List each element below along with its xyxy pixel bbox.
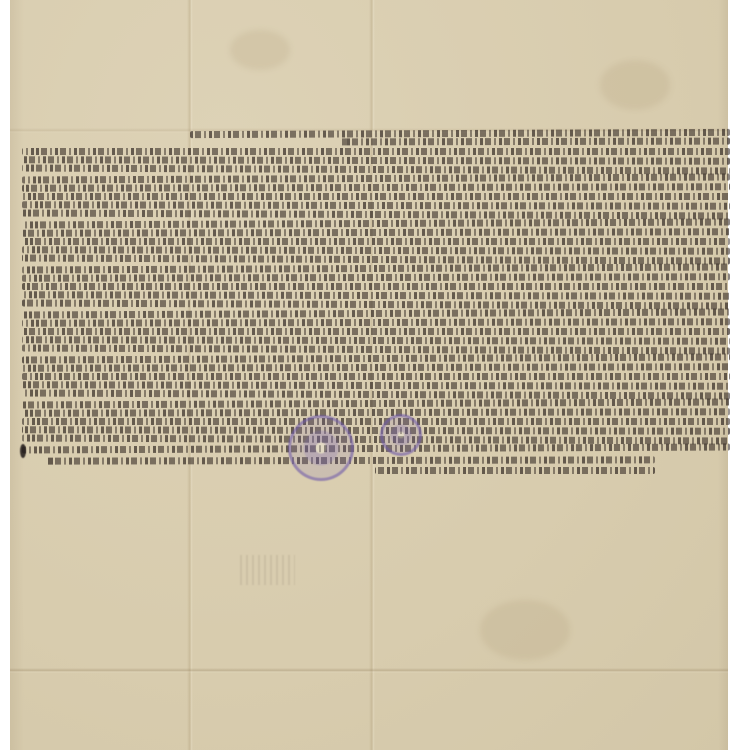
manuscript-line xyxy=(22,183,730,191)
manuscript-line xyxy=(22,354,730,364)
manuscript-line xyxy=(22,318,730,326)
purple-seal-stamp-small: seal-small xyxy=(380,414,422,456)
manuscript-line xyxy=(22,408,730,416)
manuscript-line xyxy=(22,291,730,299)
manuscript-line xyxy=(22,373,730,380)
paper-stain xyxy=(480,600,570,660)
manuscript-line xyxy=(22,418,730,425)
manuscript-text-block xyxy=(22,122,730,502)
faint-pencil-marks xyxy=(240,555,295,585)
ink-blot-mark xyxy=(20,444,26,458)
manuscript-line xyxy=(22,201,730,209)
manuscript-line xyxy=(22,174,730,184)
manuscript-line xyxy=(22,381,730,389)
manuscript-line xyxy=(22,219,730,229)
manuscript-line xyxy=(22,193,730,200)
manuscript-line xyxy=(22,328,730,335)
purple-seal-stamp-large: seal-large xyxy=(288,415,354,481)
manuscript-line xyxy=(22,238,730,245)
manuscript-line xyxy=(22,246,730,254)
manuscript-line xyxy=(22,444,730,454)
manuscript-line xyxy=(22,336,730,344)
manuscript-line xyxy=(22,426,730,434)
manuscript-line xyxy=(22,363,730,371)
paper-stain xyxy=(230,30,290,70)
manuscript-line xyxy=(22,148,730,155)
paper-stain xyxy=(600,60,670,110)
manuscript-line xyxy=(22,283,730,290)
manuscript-line xyxy=(375,467,655,474)
manuscript-line xyxy=(22,156,730,164)
manuscript-line xyxy=(22,228,730,236)
manuscript-line xyxy=(340,138,730,146)
manuscript-line xyxy=(22,273,730,281)
manuscript-line xyxy=(190,129,730,138)
manuscript-line xyxy=(22,309,730,319)
manuscript-line xyxy=(22,399,730,409)
manuscript-line xyxy=(22,264,730,274)
fold-crease-horizontal-bottom xyxy=(10,668,728,673)
